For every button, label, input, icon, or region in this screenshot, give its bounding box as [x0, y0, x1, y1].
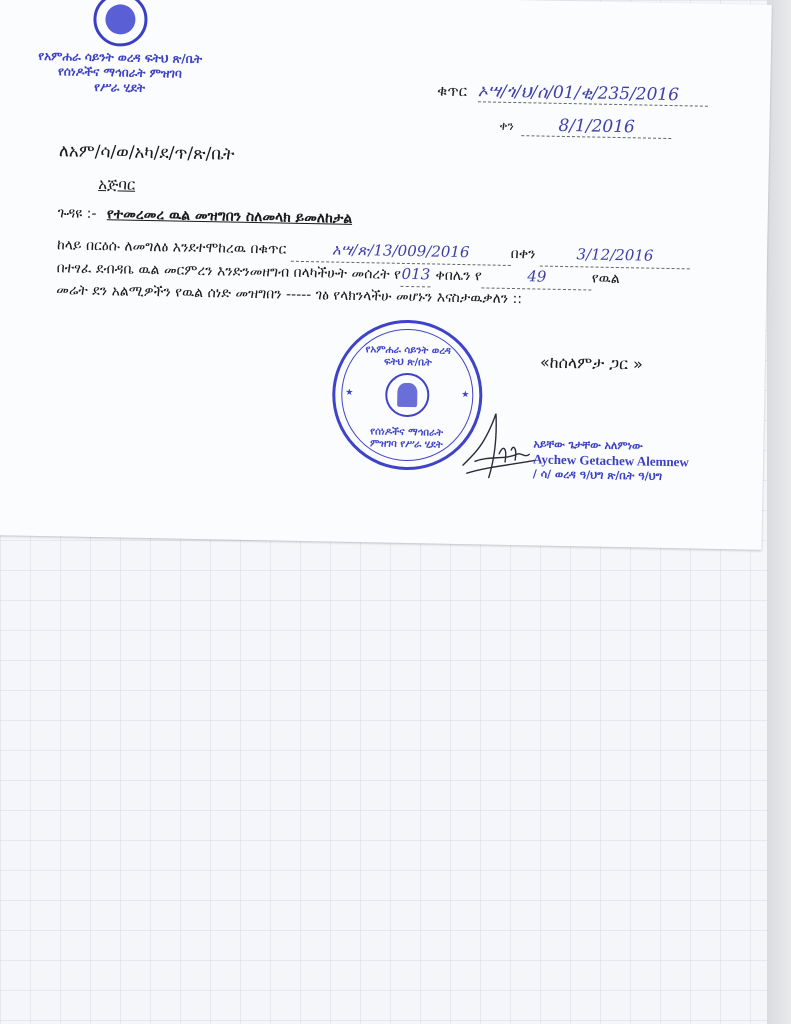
stamp-bottom-text: የሰነዶችና ማኅበራት ምዝገባ የሥራ ሂደት [356, 426, 456, 452]
recipient-name: ለአም/ሳ/ወ/አካ/ደ/ጥ/ጽ/ቤት [59, 141, 235, 164]
reference-label: ቁጥር [437, 82, 467, 101]
subject-label: ጉዳዩ :- [58, 205, 97, 222]
recipient-city: አጅባር [98, 175, 135, 194]
letterhead-line-3: የሥራ ሂደት [12, 78, 227, 97]
date-value: 8/1/2016 [521, 115, 671, 139]
letter-body: ከላይ በርዕሱ ለመግለፅ እንደተሞከረዉ በቁጥር አሣ/ጽ/13/009… [56, 234, 717, 314]
ref-date-field: 3/12/2016 [540, 244, 690, 270]
signer-title: / ሳ/ ወረዳ ዓ/ህግ ጽ/ቤት ዓ/ህግ [533, 466, 689, 484]
signer-block: አይቸው ጌታቸው አለምነው Aychew Getachew Alemnew … [533, 436, 690, 484]
letterhead: የአምሐራ ሳይንት ወረዳ ፍትህ ጽ/ቤት የሰነዶችና ማኅበራት ምዝገ… [12, 48, 228, 97]
reference-value: ኦሣ/ጎ/ህ/ሰ/01/ቂ/235/2016 [478, 81, 708, 106]
star-icon: ★ [345, 388, 353, 398]
stamp-top-text: የአምሐራ ሳይንት ወረዳ ፍትህ ጽ/ቤት [358, 344, 458, 370]
letter-sheet: የአምሐራ ሳይንት ወረዳ ፍትህ ጽ/ቤት የሰነዶችና ማኅበራት ምዝገ… [0, 0, 772, 550]
kebele-count-field: 013 [401, 264, 431, 288]
closing-greeting: «ከሰላምታ ጋር » [540, 353, 643, 375]
subject-text: የተመረመረ ዉል መዝግበን ስለመላክ ይመለከታል [107, 206, 353, 227]
date-label: ቀን [499, 119, 514, 133]
contract-count-field: 49 [482, 265, 592, 290]
date-row: ቀን 8/1/2016 [499, 115, 672, 139]
stamp-emblem-icon [385, 373, 430, 418]
star-icon: ★ [461, 390, 469, 400]
emblem-logo-icon [93, 0, 148, 47]
reference-number-row: ቁጥር ኦሣ/ጎ/ህ/ሰ/01/ቂ/235/2016 [437, 81, 708, 107]
subject-line: ጉዳዩ :- የተመረመረ ዉል መዝግበን ስለመላክ ይመለከታል [58, 205, 353, 227]
scanner-edge [767, 0, 791, 1024]
